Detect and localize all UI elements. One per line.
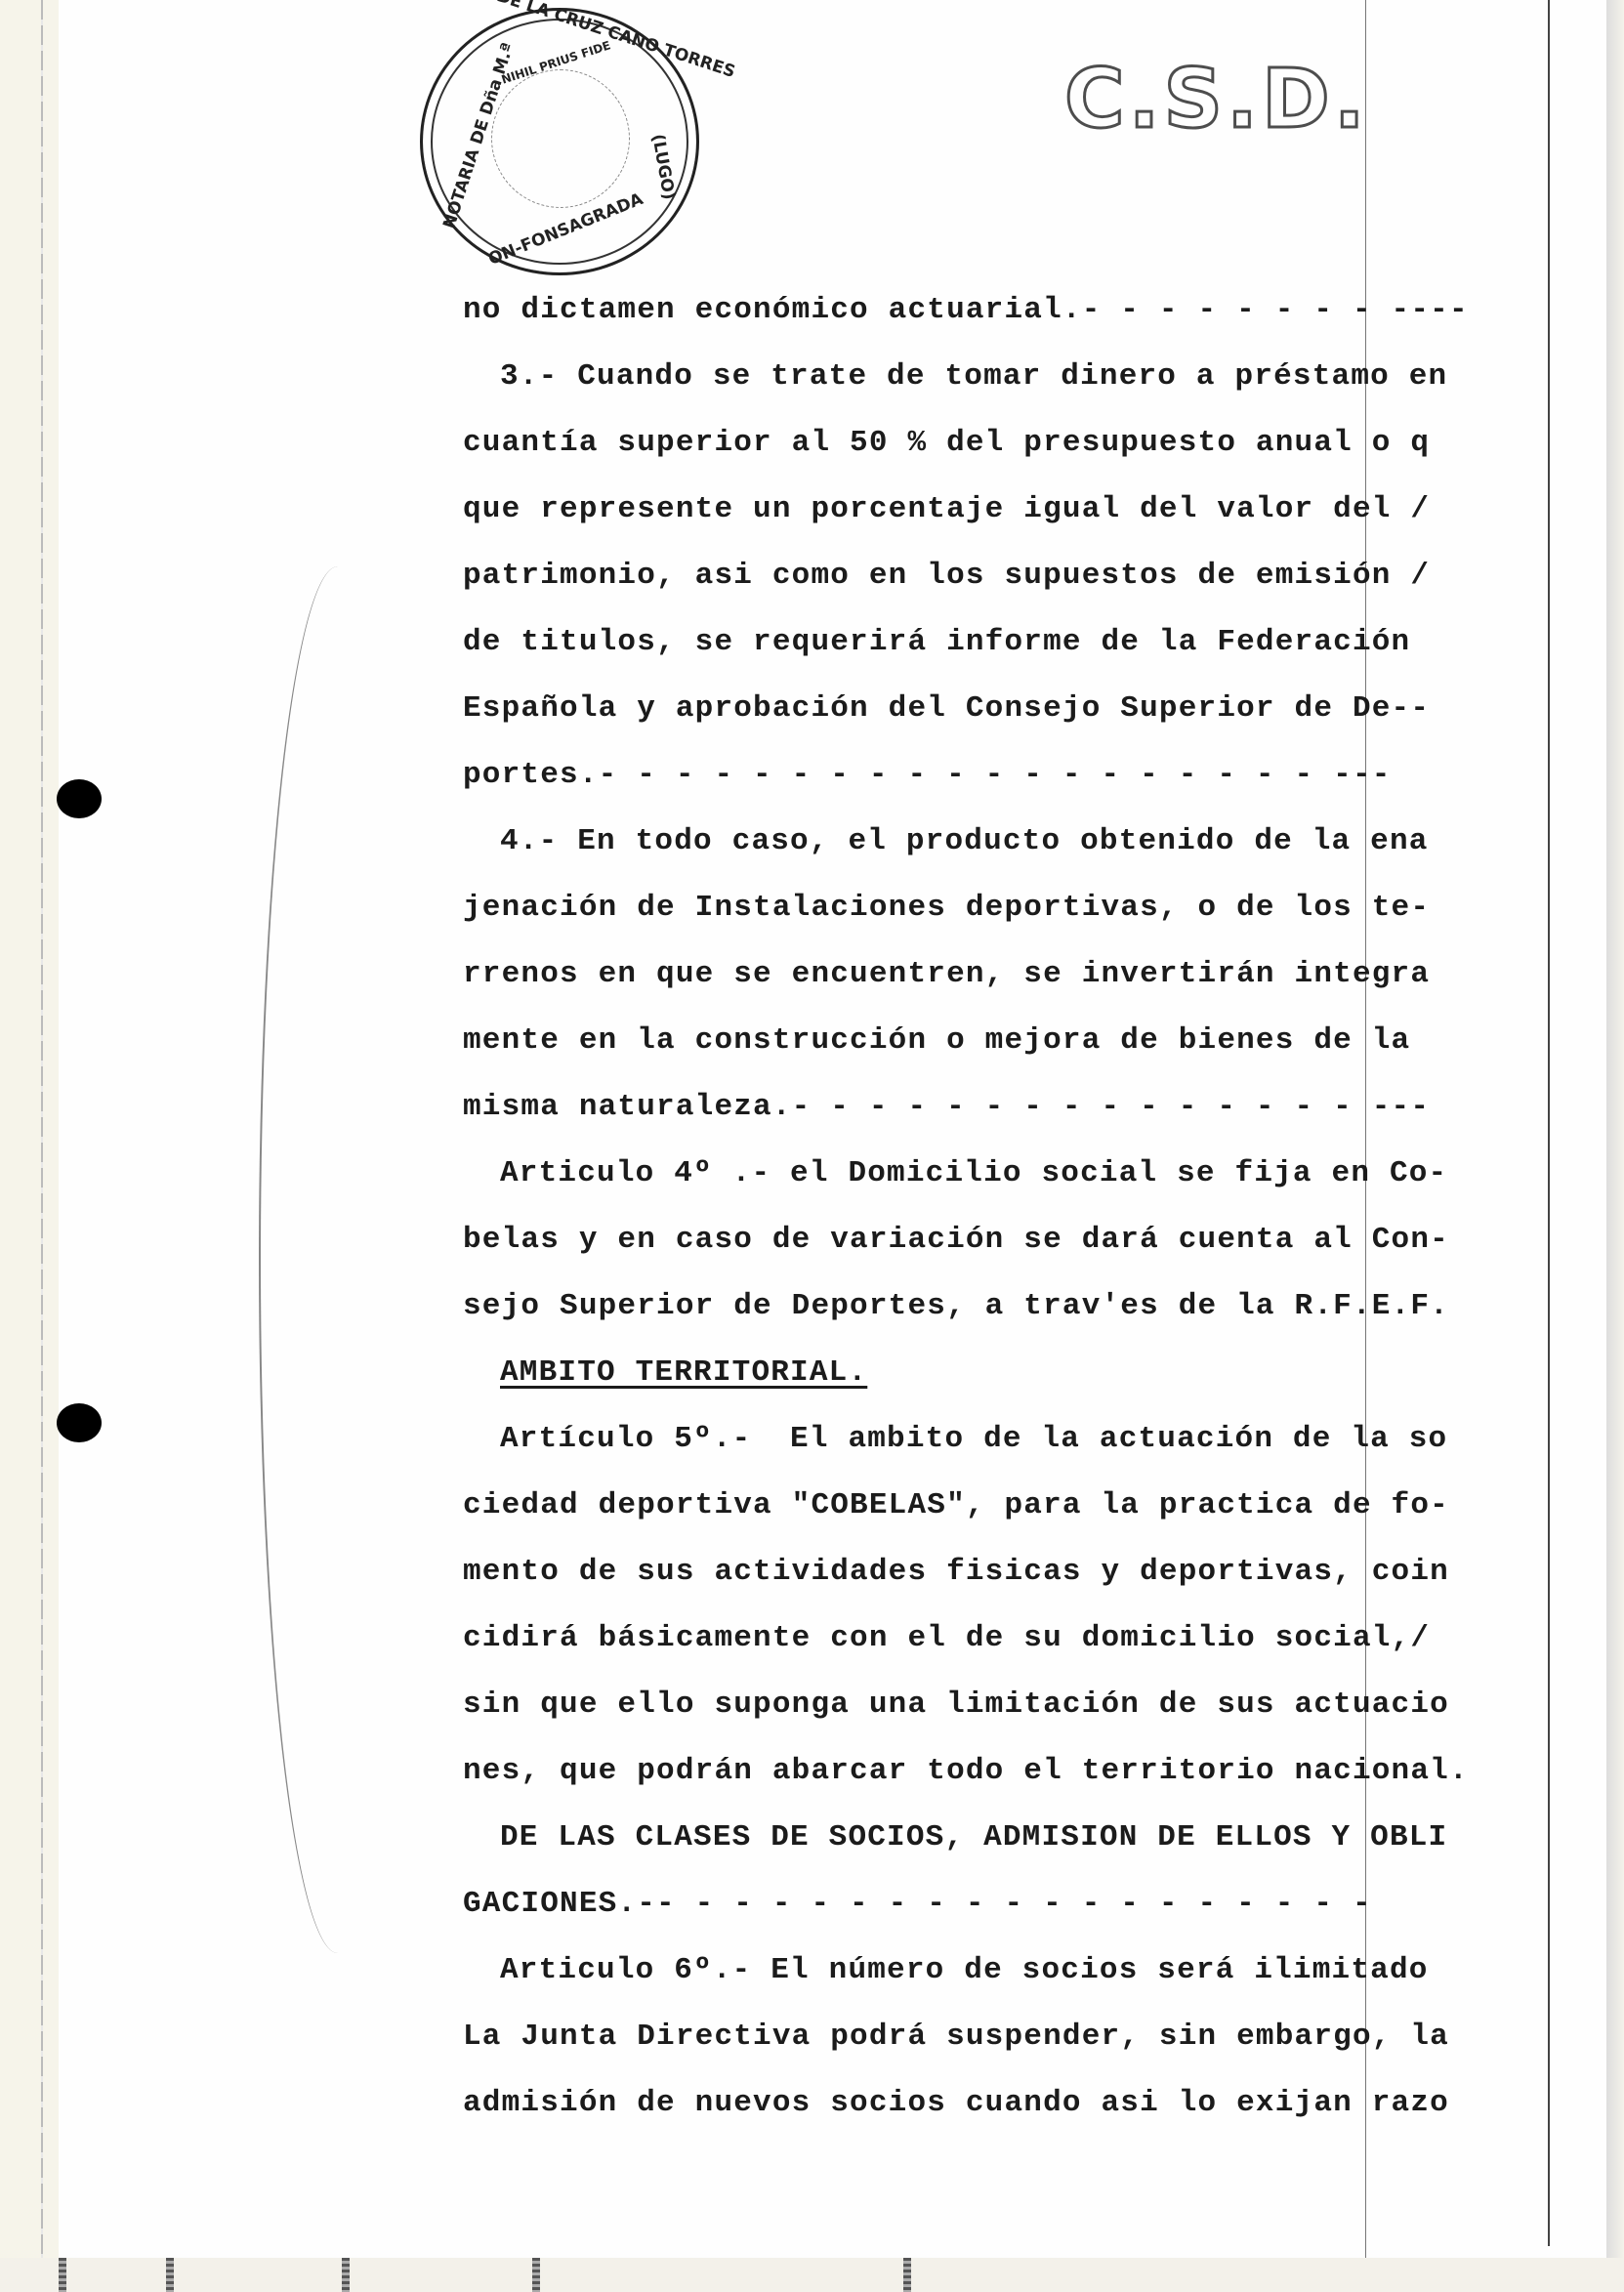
- bottom-mark: [59, 2258, 66, 2292]
- binding-line: [41, 0, 43, 2292]
- text-line: que represente un porcentaje igual del v…: [463, 492, 1430, 526]
- text-line: sejo Superior de Deportes, a trav'es de …: [463, 1289, 1449, 1323]
- text-line: mente en la construcción o mejora de bie…: [463, 1023, 1410, 1058]
- page-right-edge: [1606, 0, 1624, 2292]
- text-line: Articulo 4º .- el Domicilio social se fi…: [500, 1156, 1447, 1190]
- text-line: jenación de Instalaciones deportivas, o …: [463, 891, 1430, 925]
- perforated-mark: C.S.D.: [1064, 51, 1369, 146]
- text-line: Española y aprobación del Consejo Superi…: [463, 691, 1430, 726]
- text-line: Artículo 5º.- El ambito de la actuación …: [500, 1422, 1447, 1456]
- page-left-edge: [0, 0, 59, 2292]
- bottom-mark: [532, 2258, 540, 2292]
- text-line: mento de sus actividades fisicas y depor…: [463, 1555, 1449, 1589]
- text-line: rrenos en que se encuentren, se invertir…: [463, 957, 1430, 991]
- text-line: portes.- - - - - - - - - - - - - - - - -…: [463, 758, 1392, 792]
- text-line: admisión de nuevos socios cuando asi lo …: [463, 2086, 1449, 2120]
- notary-stamp: DE LA CRUZ CANO TORRES NOTARIA DE Dña M.…: [420, 8, 699, 275]
- text-line: sin que ello suponga una limitación de s…: [463, 1688, 1449, 1722]
- text-line: DE LAS CLASES DE SOCIOS, ADMISION DE ELL…: [500, 1820, 1447, 1854]
- bottom-mark: [166, 2258, 174, 2292]
- text-line: 3.- Cuando se trate de tomar dinero a pr…: [500, 359, 1447, 394]
- page-curve-mark: [259, 566, 417, 1953]
- text-line: GACIONES.-- - - - - - - - - - - - - - - …: [463, 1887, 1372, 1921]
- text-line: patrimonio, asi como en los supuestos de…: [463, 559, 1430, 593]
- punch-hole-top: [57, 779, 102, 818]
- text-line: nes, que podrán abarcar todo el territor…: [463, 1754, 1469, 1788]
- bottom-mark: [342, 2258, 350, 2292]
- text-line: ciedad deportiva "COBELAS", para la prac…: [463, 1488, 1449, 1522]
- stamp-text-right: (LUGO): [647, 133, 679, 201]
- document-page: DE LA CRUZ CANO TORRES NOTARIA DE Dña M.…: [0, 0, 1624, 2292]
- text-line: cuantía superior al 50 % del presupuesto…: [463, 426, 1430, 460]
- text-line: cidirá básicamente con el de su domicili…: [463, 1621, 1430, 1655]
- page-bottom-edge: [0, 2258, 1624, 2292]
- stamp-emblem: [491, 69, 630, 208]
- text-line: no dictamen económico actuarial.- - - - …: [463, 293, 1469, 327]
- text-line: Articulo 6º.- El número de socios será i…: [500, 1953, 1429, 1987]
- right-margin-line: [1365, 0, 1366, 2292]
- section-heading: AMBITO TERRITORIAL.: [500, 1355, 867, 1390]
- punch-hole-bottom: [57, 1403, 102, 1442]
- right-fold-line: [1548, 0, 1550, 2246]
- text-line: misma naturaleza.- - - - - - - - - - - -…: [463, 1090, 1430, 1124]
- text-line: 4.- En todo caso, el producto obtenido d…: [500, 824, 1429, 858]
- text-line: de titulos, se requerirá informe de la F…: [463, 625, 1410, 659]
- bottom-mark: [903, 2258, 911, 2292]
- text-line: belas y en caso de variación se dará cue…: [463, 1223, 1449, 1257]
- text-line: La Junta Directiva podrá suspender, sin …: [463, 2020, 1449, 2054]
